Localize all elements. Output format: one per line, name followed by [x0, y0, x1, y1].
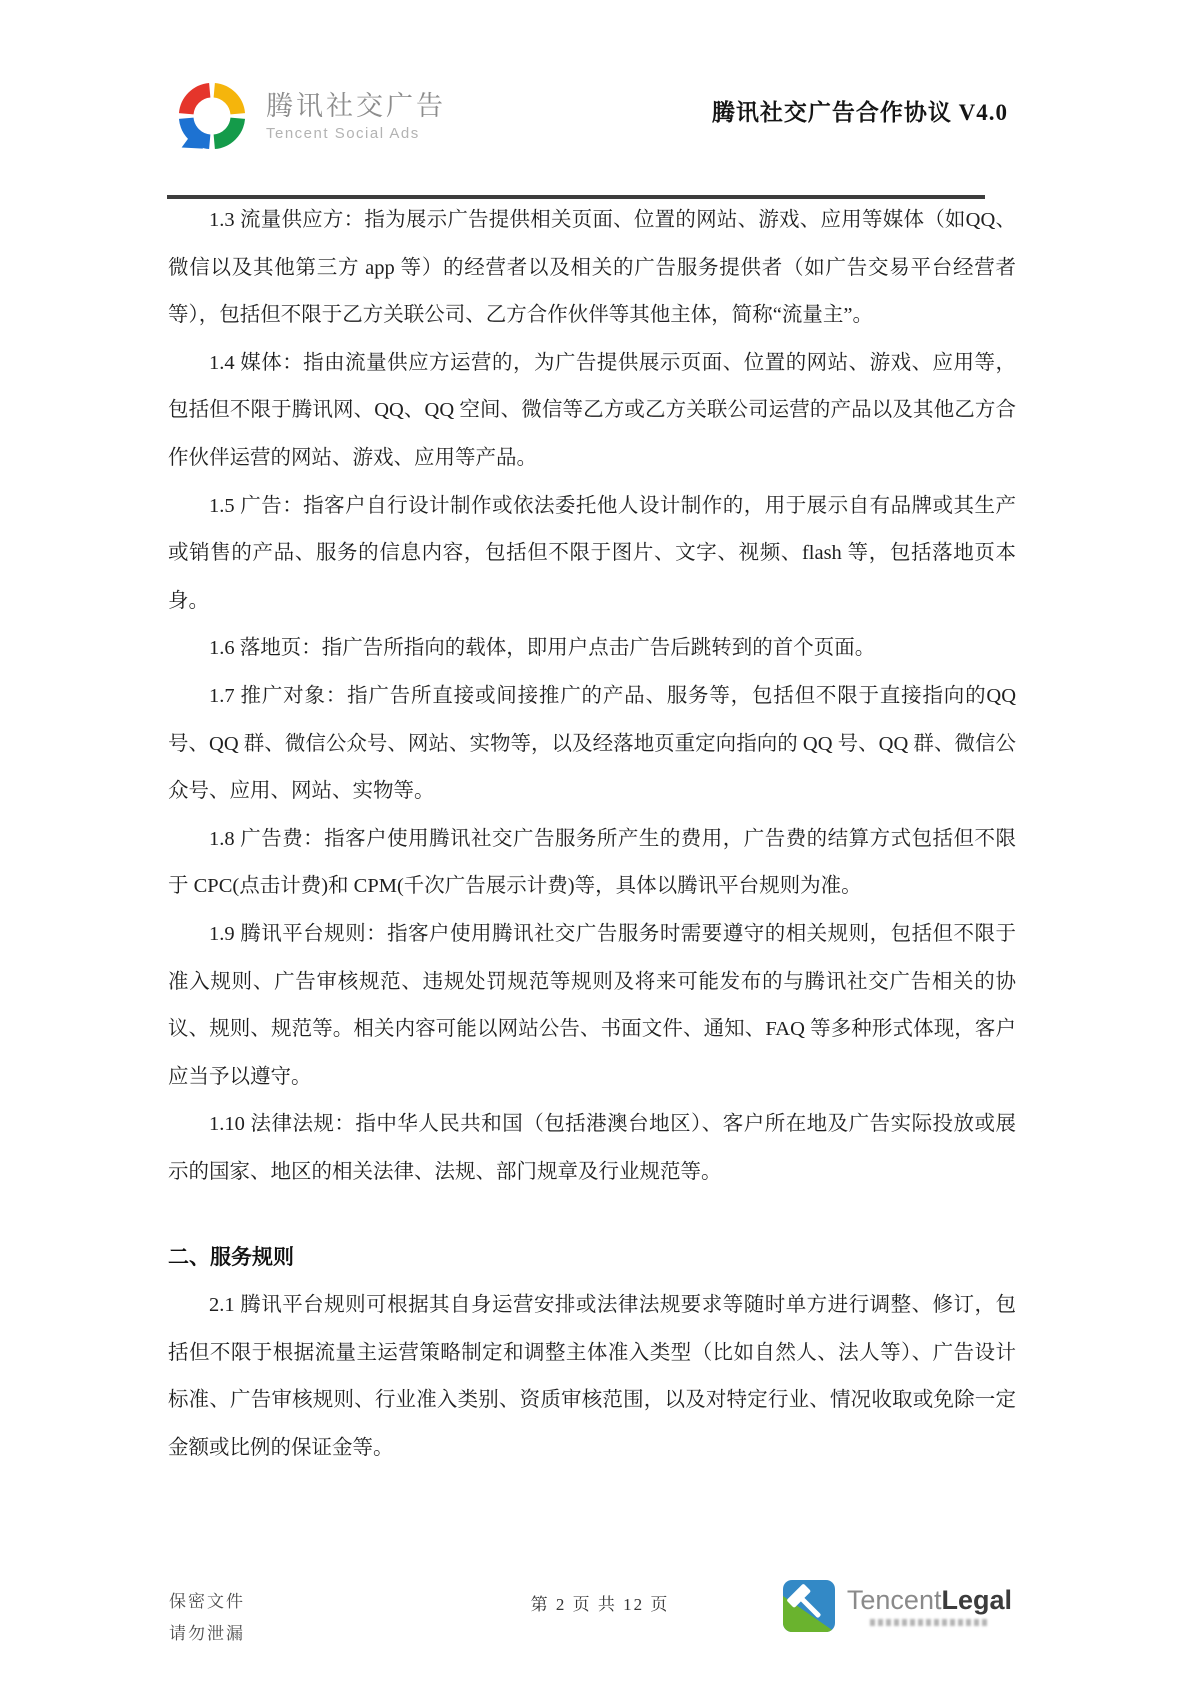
definition-1-9: 1.9 腾讯平台规则：指客户使用腾讯社交广告服务时需要遵守的相关规则，包括但不限…	[168, 911, 1016, 1101]
definition-1-4: 1.4 媒体：指由流量供应方运营的，为广告提供展示页面、位置的网站、游戏、应用等…	[168, 340, 1016, 483]
page-number: 第 2 页 共 12 页	[0, 1590, 1200, 1615]
tencent-legal-text: TencentLegal	[847, 1586, 1012, 1626]
section-2-heading: 二、服务规则	[168, 1234, 1016, 1282]
definition-1-5: 1.5 广告：指客户自行设计制作或依法委托他人设计制作的，用于展示自有品牌或其生…	[168, 483, 1016, 626]
document-body: 1.3 流量供应方：指为展示广告提供相关页面、位置的网站、游戏、应用等媒体（如Q…	[168, 197, 1016, 1472]
tencent-legal-name-light: Tencent	[847, 1585, 942, 1615]
definition-1-8: 1.8 广告费：指客户使用腾讯社交广告服务所产生的费用，广告费的结算方式包括但不…	[168, 816, 1016, 911]
document-title: 腾讯社交广告合作协议 V4.0	[712, 94, 1008, 127]
definition-1-10: 1.10 法律法规：指中华人民共和国（包括港澳台地区）、客户所在地及广告实际投放…	[168, 1101, 1016, 1196]
definition-1-3: 1.3 流量供应方：指为展示广告提供相关页面、位置的网站、游戏、应用等媒体（如Q…	[168, 197, 1016, 340]
brand-name-cn: 腾讯社交广告	[266, 91, 446, 121]
clause-2-1: 2.1 腾讯平台规则可根据其自身运营安排或法律法规要求等随时单方进行调整、修订，…	[168, 1282, 1016, 1472]
brand-name-en: Tencent Social Ads	[266, 125, 446, 142]
tencent-legal-gavel-icon	[783, 1580, 835, 1632]
tencent-legal-logo: TencentLegal	[783, 1580, 1012, 1632]
tencent-legal-name: TencentLegal	[847, 1586, 1012, 1614]
legal-tagline-illegible	[870, 1619, 988, 1626]
confidential-line-2: 请勿泄漏	[169, 1618, 245, 1650]
brand-text: 腾讯社交广告 Tencent Social Ads	[266, 91, 446, 142]
document-page: 腾讯社交广告 Tencent Social Ads 腾讯社交广告合作协议 V4.…	[0, 0, 1200, 1698]
tencent-social-ads-ring-icon	[176, 80, 248, 152]
definition-1-6: 1.6 落地页：指广告所指向的载体，即用户点击广告后跳转到的首个页面。	[168, 625, 1016, 673]
tencent-legal-name-bold: Legal	[941, 1585, 1012, 1615]
definition-1-7: 1.7 推广对象：指广告所直接或间接推广的产品、服务等，包括但不限于直接指向的Q…	[168, 673, 1016, 816]
tencent-social-ads-logo: 腾讯社交广告 Tencent Social Ads	[176, 80, 446, 152]
